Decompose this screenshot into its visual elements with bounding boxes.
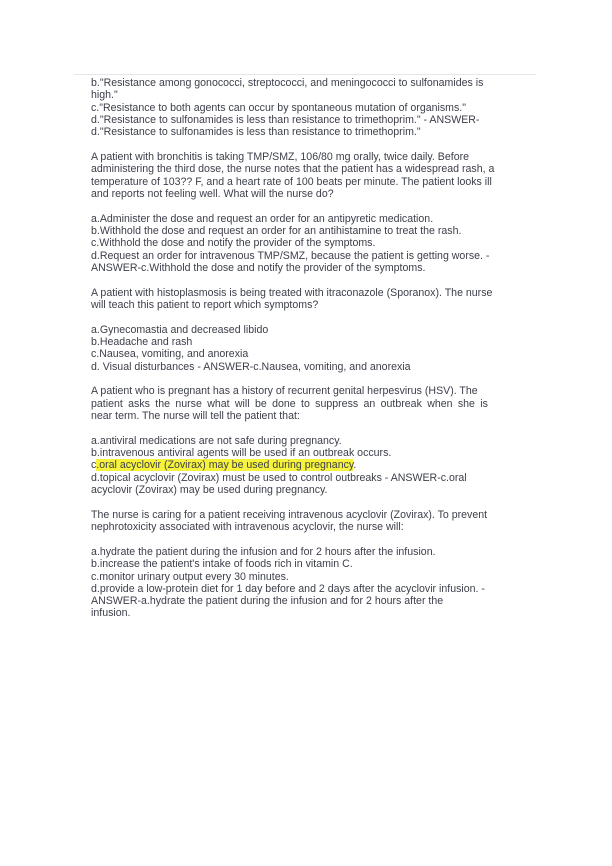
answer-line: d."Resistance to sulfonamides is less th… [91,126,531,138]
option-line: b.Withhold the dose and request an order… [91,225,531,237]
option-line: c.monitor urinary output every 30 minute… [91,571,531,583]
answer-line: acyclovir (Zovirax) may be used during p… [91,484,531,496]
stem-line: A patient who is pregnant has a history … [91,385,531,397]
option-period: . [353,459,356,471]
option-line: d.topical acyclovir (Zovirax) must be us… [91,472,531,484]
document-page: b."Resistance among gonococci, streptoco… [91,77,531,620]
option-line-highlighted: c.oral acyclovir (Zovirax) may be used d… [91,459,531,471]
stem-line: A patient with bronchitis is taking TMP/… [91,151,531,163]
option-line: d.Request an order for intravenous TMP/S… [91,250,531,262]
option-line: a.Administer the dose and request an ord… [91,213,531,225]
stem-line: nephrotoxicity associated with intraveno… [91,521,531,533]
option-line: a.hydrate the patient during the infusio… [91,546,531,558]
question-2-stem: A patient with histoplasmosis is being t… [91,287,531,312]
option-line: b."Resistance among gonococci, streptoco… [91,77,531,89]
page-top-divider [74,74,536,75]
stem-line: A patient with histoplasmosis is being t… [91,287,531,299]
answer-line: ANSWER-c.Withhold the dose and notify th… [91,262,531,274]
option-line: c."Resistance to both agents can occur b… [91,102,531,114]
stem-line: temperature of 103?? F, and a heart rate… [91,176,531,188]
option-line: b.increase the patient's intake of foods… [91,558,531,570]
stem-line: The nurse is caring for a patient receiv… [91,509,531,521]
question-2-options: a.Gynecomastia and decreased libido b.He… [91,324,531,373]
question-1-options: a.Administer the dose and request an ord… [91,213,531,274]
answer-line: ANSWER-a.hydrate the patient during the … [91,595,531,607]
stem-line: and reports not feeling well. What will … [91,188,531,200]
option-line: a.Gynecomastia and decreased libido [91,324,531,336]
option-line: d.provide a low-protein diet for 1 day b… [91,583,531,595]
stem-line: near term. The nurse will tell the patie… [91,410,531,422]
option-line: high." [91,89,531,101]
question-4-options: a.hydrate the patient during the infusio… [91,546,531,620]
answer-line: d. Visual disturbances - ANSWER-c.Nausea… [91,361,531,373]
option-line: b.intravenous antiviral agents will be u… [91,447,531,459]
option-line: c.Withhold the dose and notify the provi… [91,237,531,249]
stem-line: patient asks the nurse what will be done… [91,398,531,410]
question-3-stem: A patient who is pregnant has a history … [91,385,531,422]
option-line: d."Resistance to sulfonamides is less th… [91,114,531,126]
highlighted-text: .oral acyclovir (Zovirax) may be used du… [96,459,353,471]
question-0-options: b."Resistance among gonococci, streptoco… [91,77,531,138]
option-line: b.Headache and rash [91,336,531,348]
answer-line: infusion. [91,607,531,619]
option-line: c.Nausea, vomiting, and anorexia [91,348,531,360]
question-1-stem: A patient with bronchitis is taking TMP/… [91,151,531,200]
option-line: a.antiviral medications are not safe dur… [91,435,531,447]
question-4-stem: The nurse is caring for a patient receiv… [91,509,531,534]
question-3-options: a.antiviral medications are not safe dur… [91,435,531,496]
stem-line: will teach this patient to report which … [91,299,531,311]
stem-line: administering the third dose, the nurse … [91,163,531,175]
